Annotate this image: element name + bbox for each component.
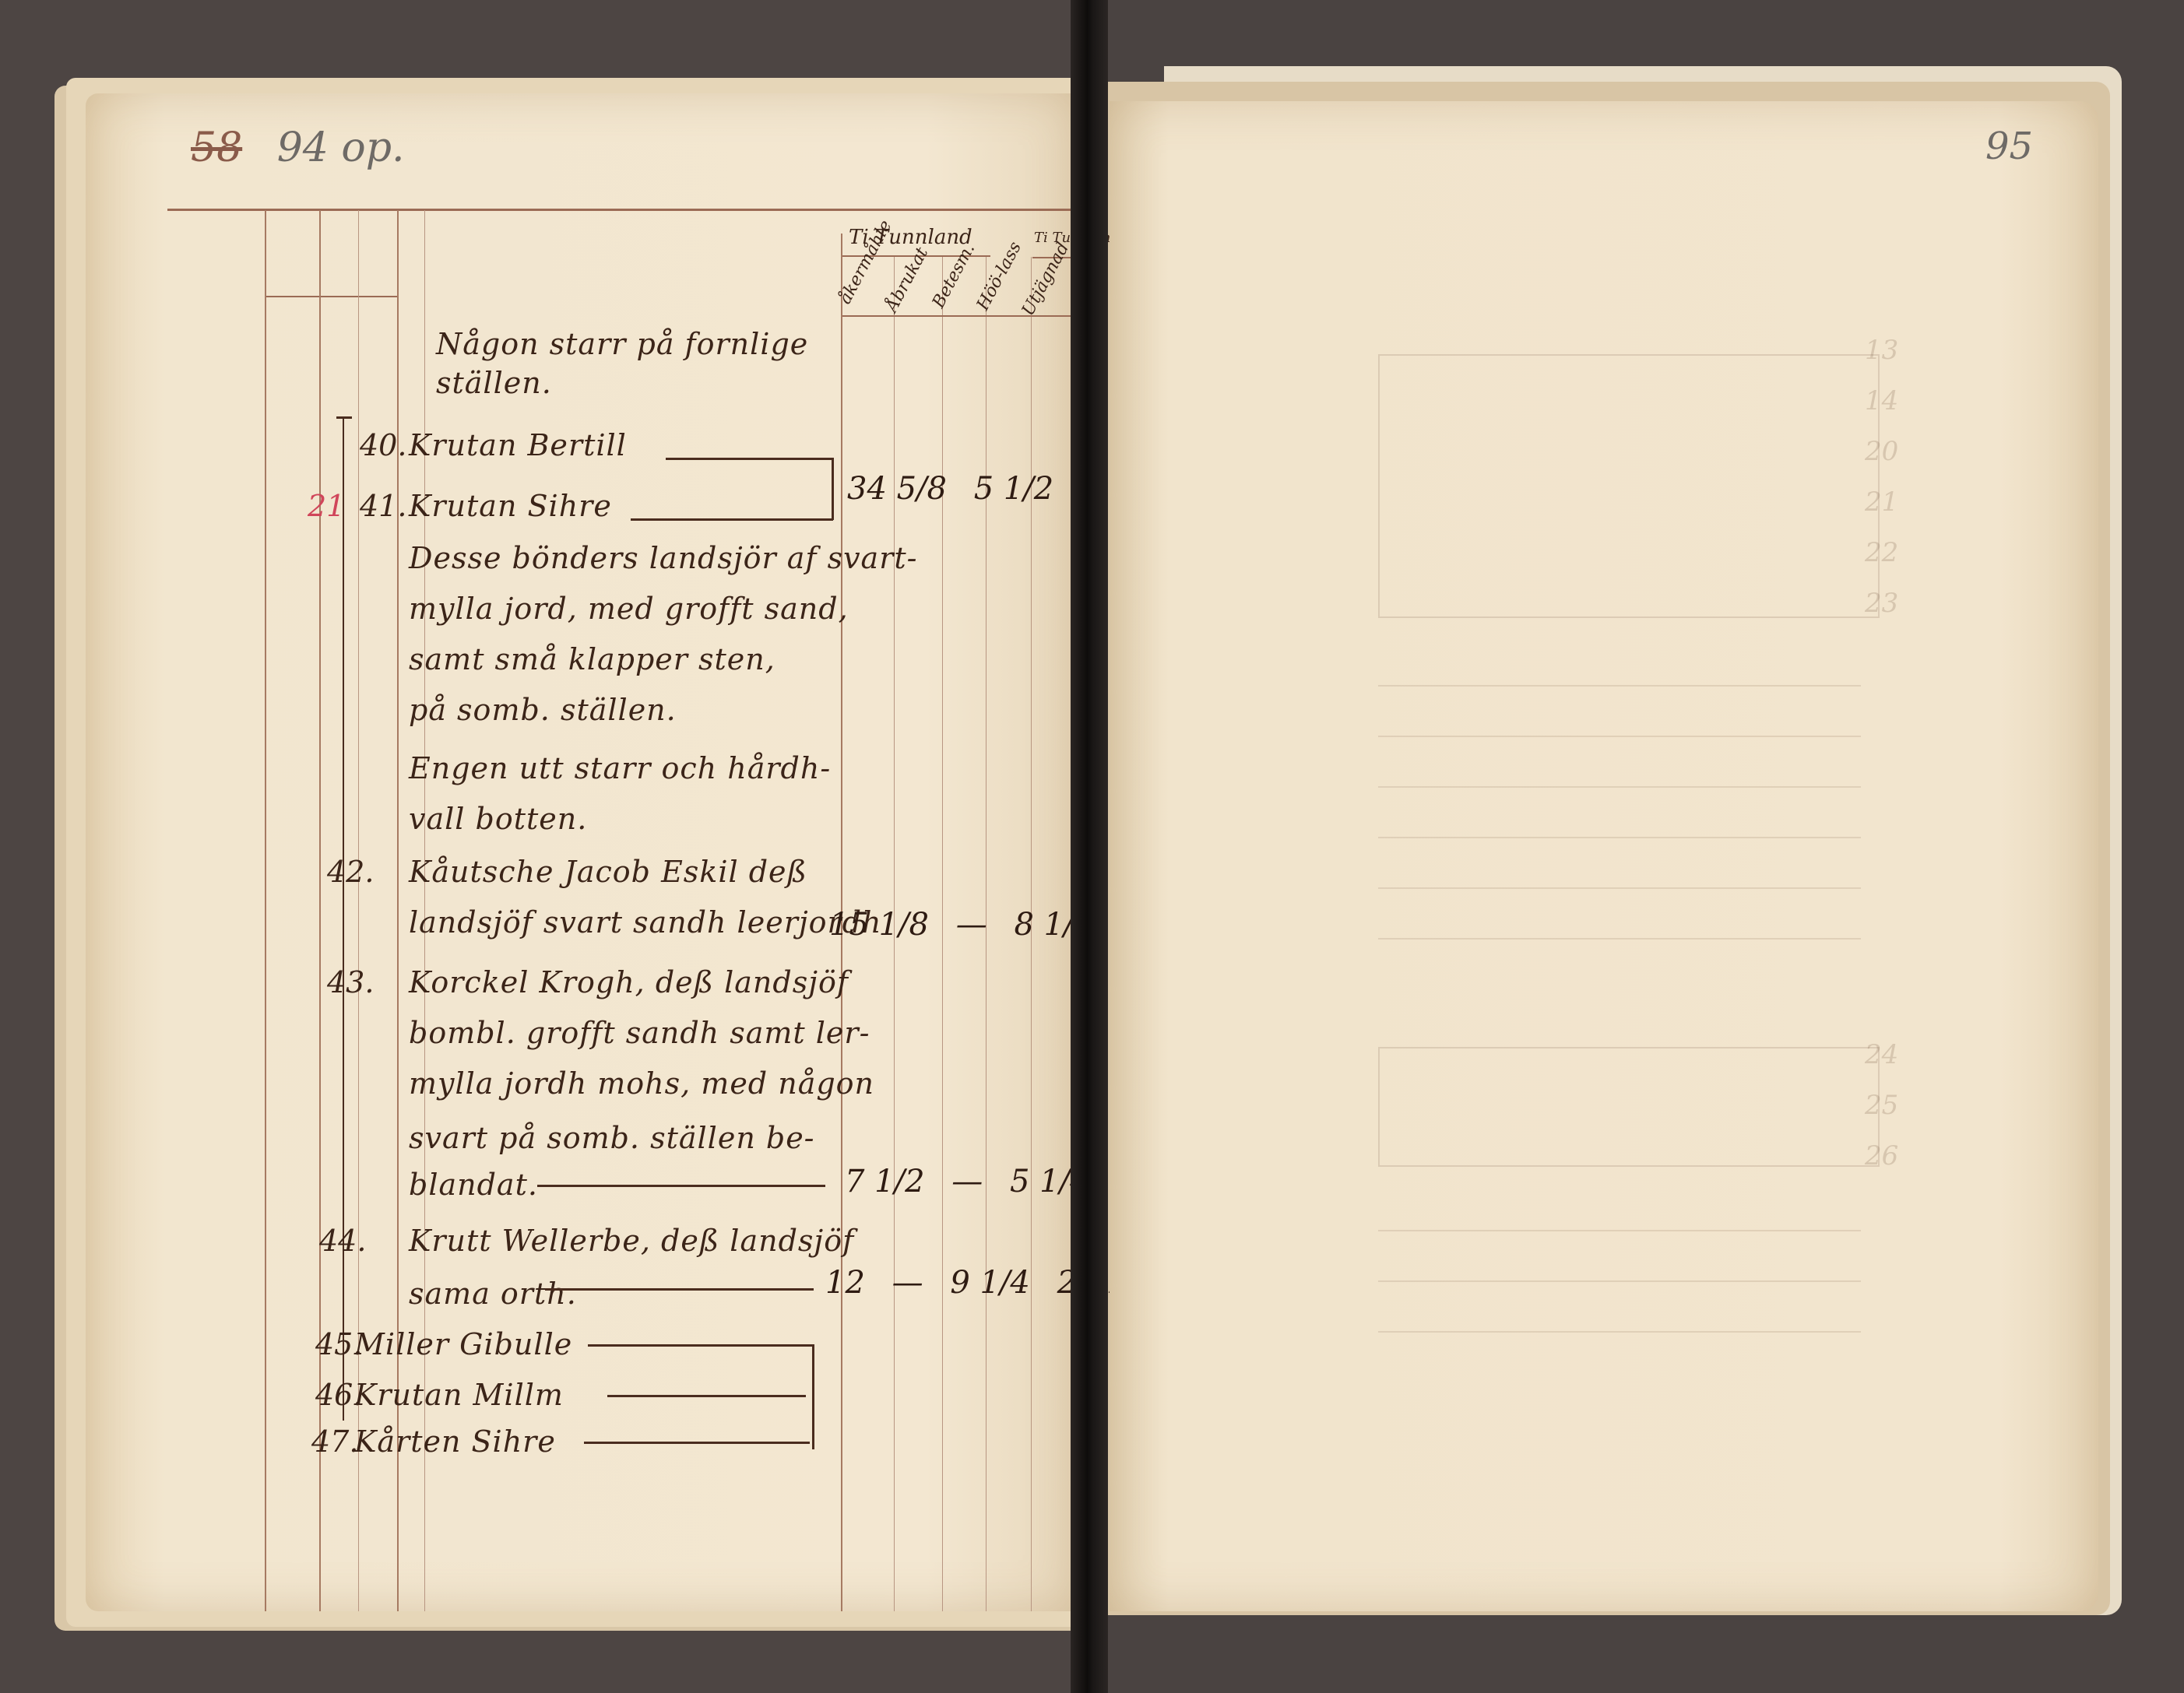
bleed-number: 14 xyxy=(1865,385,1898,416)
entry-name-42: Kåutsche Jacob Eskil deß xyxy=(409,855,807,889)
entry-name-43: Korckel Krogh, deß landsjöf xyxy=(409,965,849,999)
leader-line-46 xyxy=(607,1395,806,1397)
entry-name-46: Krutan Millm xyxy=(354,1378,564,1412)
entry-name-44: Krutt Wellerbe, deß landsjöf xyxy=(409,1224,854,1258)
value-akermahle: 12 xyxy=(825,1265,865,1301)
bleed-number: 25 xyxy=(1865,1090,1898,1121)
bleed-through-box-2 xyxy=(1378,1047,1880,1167)
bleed-through-box-1 xyxy=(1378,354,1880,618)
bleed-text-line xyxy=(1378,1331,1861,1333)
line-14: bombl. grofft sandh samt ler- xyxy=(409,1016,870,1050)
line-1: Någon starr på fornlige xyxy=(436,327,808,361)
folio-struck: 58 xyxy=(191,125,242,171)
brace-40-41 xyxy=(832,458,834,520)
bleed-text-line xyxy=(1378,736,1861,737)
entry-group-bracket xyxy=(343,416,344,1421)
bleed-number: 20 xyxy=(1865,436,1898,467)
line-5: Desse bönders landsjör af svart- xyxy=(409,541,917,575)
leader-line-44 xyxy=(545,1288,814,1291)
value-abrukat: — xyxy=(951,1164,983,1200)
header-rule xyxy=(167,209,1102,211)
entry-name-45: Miller Gibulle xyxy=(354,1327,572,1361)
leader-line-41 xyxy=(631,518,833,521)
value-akermahle: 15 1/8 xyxy=(829,907,929,943)
bleed-number: 23 xyxy=(1865,588,1898,619)
entry-number-41: 41. xyxy=(360,489,406,523)
line-10: vall botten. xyxy=(409,802,587,836)
folio-pencil: 94 op. xyxy=(277,125,405,171)
right-folio: 95 xyxy=(1985,125,2033,168)
margin-line-1 xyxy=(265,210,266,1611)
line-17: blandat. xyxy=(409,1168,538,1202)
entry-number-40: 40. xyxy=(360,428,406,462)
value-abrukat: 5 1/2 xyxy=(974,471,1054,507)
leader-line-40 xyxy=(666,458,833,460)
bleed-text-line xyxy=(1378,1280,1861,1282)
bleed-text-line xyxy=(1378,837,1861,838)
entry-number-42: 42. xyxy=(327,855,374,889)
line-16: svart på somb. ställen be- xyxy=(409,1121,815,1155)
entry-name-40: Krutan Bertill xyxy=(409,428,627,462)
value-betesm: 9 1/4 xyxy=(950,1265,1030,1301)
col-header-bottom-rule xyxy=(842,315,1076,317)
leader-line-47 xyxy=(584,1442,810,1444)
bleed-text-line xyxy=(1378,887,1861,889)
entry-name-41: Krutan Sihre xyxy=(409,489,612,523)
leader-line-43 xyxy=(537,1185,825,1187)
bleed-number: 21 xyxy=(1865,486,1898,518)
leader-line-45 xyxy=(588,1344,814,1347)
margin-header-rule xyxy=(265,296,397,297)
bleed-text-line xyxy=(1378,1230,1861,1231)
line-15: mylla jordh mohs, med någon xyxy=(409,1066,874,1101)
line-19: sama orth. xyxy=(409,1277,577,1311)
entry-name-47: Kårten Sihre xyxy=(354,1424,556,1459)
left-folio: 58 94 op. xyxy=(191,125,405,171)
bleed-number: 26 xyxy=(1865,1140,1898,1171)
line-2: ställen. xyxy=(436,366,552,400)
bleed-number: 22 xyxy=(1865,537,1898,568)
right-page xyxy=(1110,101,2098,1611)
line-8: på somb. ställen. xyxy=(409,693,677,727)
line-6: mylla jord, med grofft sand, xyxy=(409,592,849,626)
entry-number-44: 44. xyxy=(319,1224,366,1258)
bleed-number: 13 xyxy=(1865,335,1898,366)
value-akermahle: 7 1/2 xyxy=(845,1164,925,1200)
entry-number-47: 47. xyxy=(311,1424,358,1459)
bleed-number: 24 xyxy=(1865,1039,1898,1070)
entry-number-43: 43. xyxy=(327,965,374,999)
line-12: landsjöf svart sandh leerjordh xyxy=(409,905,881,940)
line-9: Engen utt starr och hårdh- xyxy=(409,751,831,785)
line-7: samt små klapper sten, xyxy=(409,642,775,676)
bleed-text-line xyxy=(1378,786,1861,788)
bleed-text-line xyxy=(1378,685,1861,687)
entry-group-bracket-top xyxy=(336,416,352,419)
margin-red-number: 21 xyxy=(308,489,345,523)
value-akermahle: 34 5/8 xyxy=(847,471,947,507)
bleed-text-line xyxy=(1378,938,1861,940)
left-page xyxy=(86,93,1074,1611)
value-abrukat: — xyxy=(956,907,987,943)
value-abrukat: — xyxy=(892,1265,923,1301)
brace-45-47 xyxy=(812,1344,814,1449)
book-spine xyxy=(1071,0,1108,1693)
